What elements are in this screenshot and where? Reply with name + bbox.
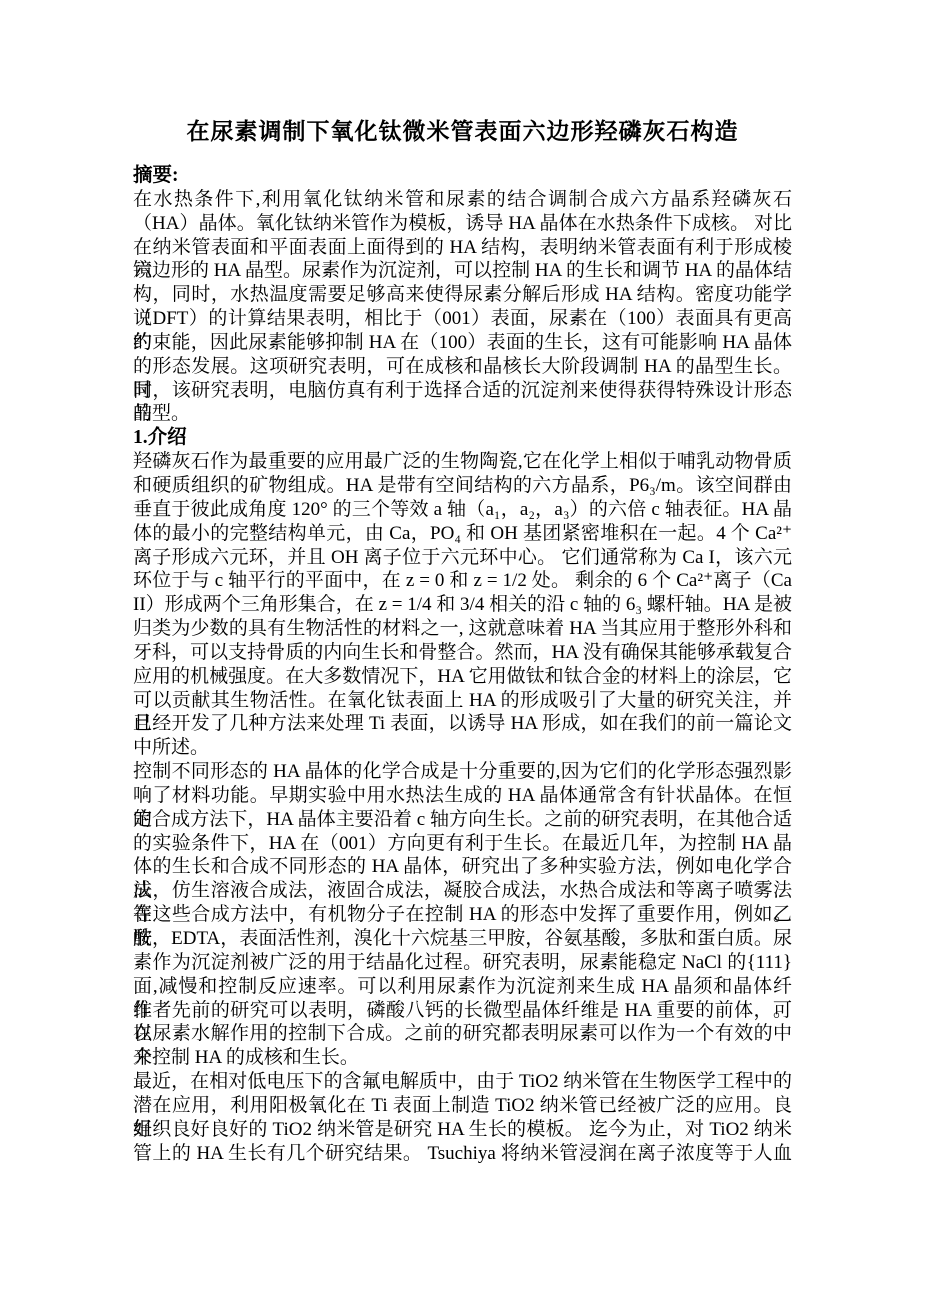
text-line: 的实验条件下，HA 在（001）方向更有利于生长。在最近几年，为控制 HA 晶 [133, 832, 792, 856]
text-line: 和硬质组织的矿物组成。HA 是带有空间结构的六方晶系，P6₃/m。该空间群由 [133, 474, 792, 498]
text-line: 组织良好良好的 TiO2 纳米管是研究 HA 生长的模板。 迄今为止，对 TiO… [133, 1118, 792, 1142]
text-line: （HA）晶体。氧化钛纳米管作为模板，诱导 HA 晶体在水热条件下成核。 对比 [133, 212, 792, 236]
text-line: 时，该研究表明，电脑仿真有利于选择合适的沉淀剂来使得获得特殊设计形态的 [133, 379, 792, 403]
text-line: 晶型。 [133, 402, 792, 426]
text-line: 中所述。 [133, 736, 792, 760]
text-line: 牙科，可以支持骨质的内向生长和骨整合。然而，HA 没有确保其能够承载复合 [133, 641, 792, 665]
text-line: 体的最小的完整结构单元，由 Ca，PO₄ 和 OH 基团紧密堆积在一起。4 个 … [133, 522, 792, 546]
document-page: 在尿素调制下氧化钛微米管表面六边形羟磷灰石构造 摘要:在水热条件下,利用氧化钛纳… [0, 0, 926, 1309]
text-line: 环位于与 c 轴平行的平面中，在 z = 0 和 z = 1/2 处。 剩余的 … [133, 569, 792, 593]
text-line: 归类为少数的具有生物活性的材料之一, 这就意味着 HA 当其应用于整形外科和 [133, 617, 792, 641]
text-line: 来控制 HA 的成核和生长。 [133, 1046, 792, 1070]
text-line: 响了材料功能。早期实验中用水热法生成的 HA 晶体通常含有针状晶体。在恒定 [133, 784, 792, 808]
text-line: 作者先前的研究可以表明，磷酸八钙的长微型晶体纤维是 HA 重要的前体，可以 [133, 999, 792, 1023]
text-line: 构，同时，水热温度需要足够高来使得尿素分解后形成 HA 结构。密度功能学说 [133, 283, 792, 307]
document-title: 在尿素调制下氧化钛微米管表面六边形羟磷灰石构造 [133, 114, 792, 150]
text-line: 在这些合成方法中，有机物分子在控制 HA 的形态中发挥了重要作用，例如乙酰 [133, 903, 792, 927]
text-line: 素作为沉淀剂被广泛的用于结晶化过程。研究表明，尿素能稳定 NaCl 的{111} [133, 951, 792, 975]
text-line: 已经开发了几种方法来处理 Ti 表面，以诱导 HA 形成，如在我们的前一篇论文 [133, 712, 792, 736]
text-line: 控制不同形态的 HA 晶体的化学合成是十分重要的,因为它们的化学形态强烈影 [133, 760, 792, 784]
text-line: II）形成两个三角形集合，在 z = 1/4 和 3/4 相关的沿 c 轴的 6… [133, 593, 792, 617]
section-heading-introduction: 1.介绍 [133, 426, 792, 450]
text-line: 羟磷灰石作为最重要的应用最广泛的生物陶瓷,它在化学上相似于哺乳动物骨质 [133, 450, 792, 474]
document-body: 摘要:在水热条件下,利用氧化钛纳米管和尿素的结合调制合成六方晶系羟磷灰石（HA）… [133, 164, 792, 1165]
text-line: 面,减慢和控制反应速率。可以利用尿素作为沉淀剂来生成 HA 晶须和晶体纤维。 [133, 975, 792, 999]
text-line: 应用的机械强度。在大多数情况下，HA 它用做钛和钛合金的材料上的涂层，它 [133, 665, 792, 689]
text-line: 的合成方法下，HA 晶体主要沿着 c 轴方向生长。之前的研究表明，在其他合适 [133, 808, 792, 832]
text-line: 在纳米管表面和平面表面上面得到的 HA 结构，表明纳米管表面有利于形成棱镜 [133, 236, 792, 260]
text-line: 的形态发展。这项研究表明，可在成核和晶核长大阶段调制 HA 的晶型生长。同 [133, 355, 792, 379]
text-line: 在水热条件下,利用氧化钛纳米管和尿素的结合调制合成六方晶系羟磷灰石 [133, 188, 792, 212]
text-line: 垂直于彼此成角度 120° 的三个等效 a 轴（a₁，a₂，a₃）的六倍 c 轴… [133, 498, 792, 522]
document-content: 在尿素调制下氧化钛微米管表面六边形羟磷灰石构造 摘要:在水热条件下,利用氧化钛纳… [133, 114, 792, 1165]
text-line: 可以贡献其生物活性。在氧化钛表面上 HA 的形成吸引了大量的研究关注，并且 [133, 689, 792, 713]
text-line: 法，仿生溶液合成法，液固合成法，凝胶合成法，水热合成法和等离子喷雾法等。 [133, 879, 792, 903]
text-line: 胺，EDTA，表面活性剂，溴化十六烷基三甲胺，谷氨基酸，多肽和蛋白质。尿 [133, 927, 792, 951]
text-line: 潜在应用，利用阳极氧化在 Ti 表面上制造 TiO2 纳米管已经被广泛的应用。良… [133, 1094, 792, 1118]
text-line: 离子形成六元环，并且 OH 离子位于六元环中心。 它们通常称为 Ca I，该六元 [133, 546, 792, 570]
text-line: 六边形的 HA 晶型。尿素作为沉淀剂，可以控制 HA 的生长和调节 HA 的晶体… [133, 259, 792, 283]
text-line: 约束能，因此尿素能够抑制 HA 在（100）表面的生长，这有可能影响 HA 晶体 [133, 331, 792, 355]
text-line: 在尿素水解作用的控制下合成。之前的研究都表明尿素可以作为一个有效的中介 [133, 1022, 792, 1046]
text-line: 最近，在相对低电压下的含氟电解质中，由于 TiO2 纳米管在生物医学工程中的 [133, 1070, 792, 1094]
text-line: 管上的 HA 生长有几个研究结果。 Tsuchiya 将纳米管浸润在离子浓度等于… [133, 1142, 792, 1166]
text-line: 体的生长和合成不同形态的 HA 晶体，研究出了多种实验方法，例如电化学合成 [133, 855, 792, 879]
section-heading-abstract: 摘要: [133, 164, 792, 188]
text-line: （DFT）的计算结果表明，相比于（001）表面，尿素在（100）表面具有更高的 [133, 307, 792, 331]
